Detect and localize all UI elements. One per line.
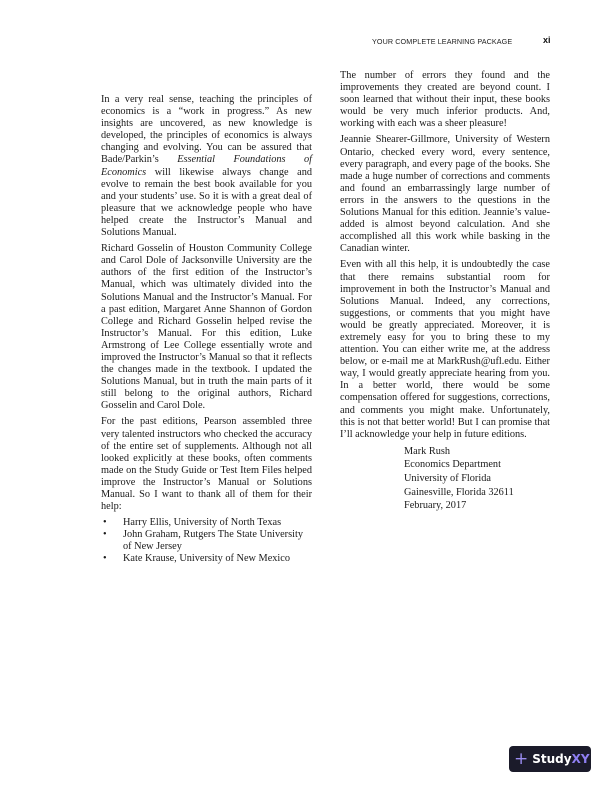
- authors-paragraph: Richard Gosselin of Houston Community Co…: [101, 243, 312, 412]
- signature-date: February, 2017: [404, 499, 550, 513]
- document-page: YOUR COMPLETE LEARNING PACKAGE xi In a v…: [0, 0, 612, 792]
- bullet-icon: •: [103, 553, 107, 565]
- helper-name: Kate Krause, University of New Mexico: [123, 553, 290, 564]
- brand-xy: XY: [572, 752, 590, 766]
- bullet-icon: •: [103, 517, 107, 529]
- reviewers-paragraph: For the past editions, Pearson assembled…: [101, 416, 312, 513]
- running-head: YOUR COMPLETE LEARNING PACKAGE: [372, 37, 552, 46]
- studyxy-watermark[interactable]: + StudyXY: [509, 746, 591, 772]
- list-item: •Harry Ellis, University of North Texas: [101, 517, 312, 529]
- intro-paragraph: In a very real sense, teaching the princ…: [101, 94, 312, 239]
- right-column: The number of errors they found and the …: [340, 70, 550, 513]
- brand-study: Study: [532, 752, 571, 766]
- helper-name: Harry Ellis, University of North Texas: [123, 517, 281, 528]
- jeannie-paragraph: Jeannie Shearer-Gillmore, University of …: [340, 134, 550, 255]
- feedback-paragraph: Even with all this help, it is undoubted…: [340, 259, 550, 440]
- signature-city: Gainesville, Florida 32611: [404, 486, 550, 500]
- list-item: •Kate Krause, University of New Mexico: [101, 553, 312, 565]
- helper-name: John Graham, Rutgers The State Universit…: [123, 529, 303, 552]
- left-column: In a very real sense, teaching the princ…: [101, 94, 312, 566]
- signature-name: Mark Rush: [404, 445, 550, 459]
- signature-university: University of Florida: [404, 472, 550, 486]
- signature-department: Economics Department: [404, 458, 550, 472]
- plus-icon: +: [514, 751, 528, 768]
- signature-block: Mark Rush Economics Department Universit…: [404, 445, 550, 513]
- helpers-list: •Harry Ellis, University of North Texas …: [101, 517, 312, 565]
- page-number: xi: [543, 35, 551, 45]
- list-item: •John Graham, Rutgers The State Universi…: [101, 529, 312, 553]
- errors-paragraph: The number of errors they found and the …: [340, 70, 550, 130]
- bullet-icon: •: [103, 529, 107, 541]
